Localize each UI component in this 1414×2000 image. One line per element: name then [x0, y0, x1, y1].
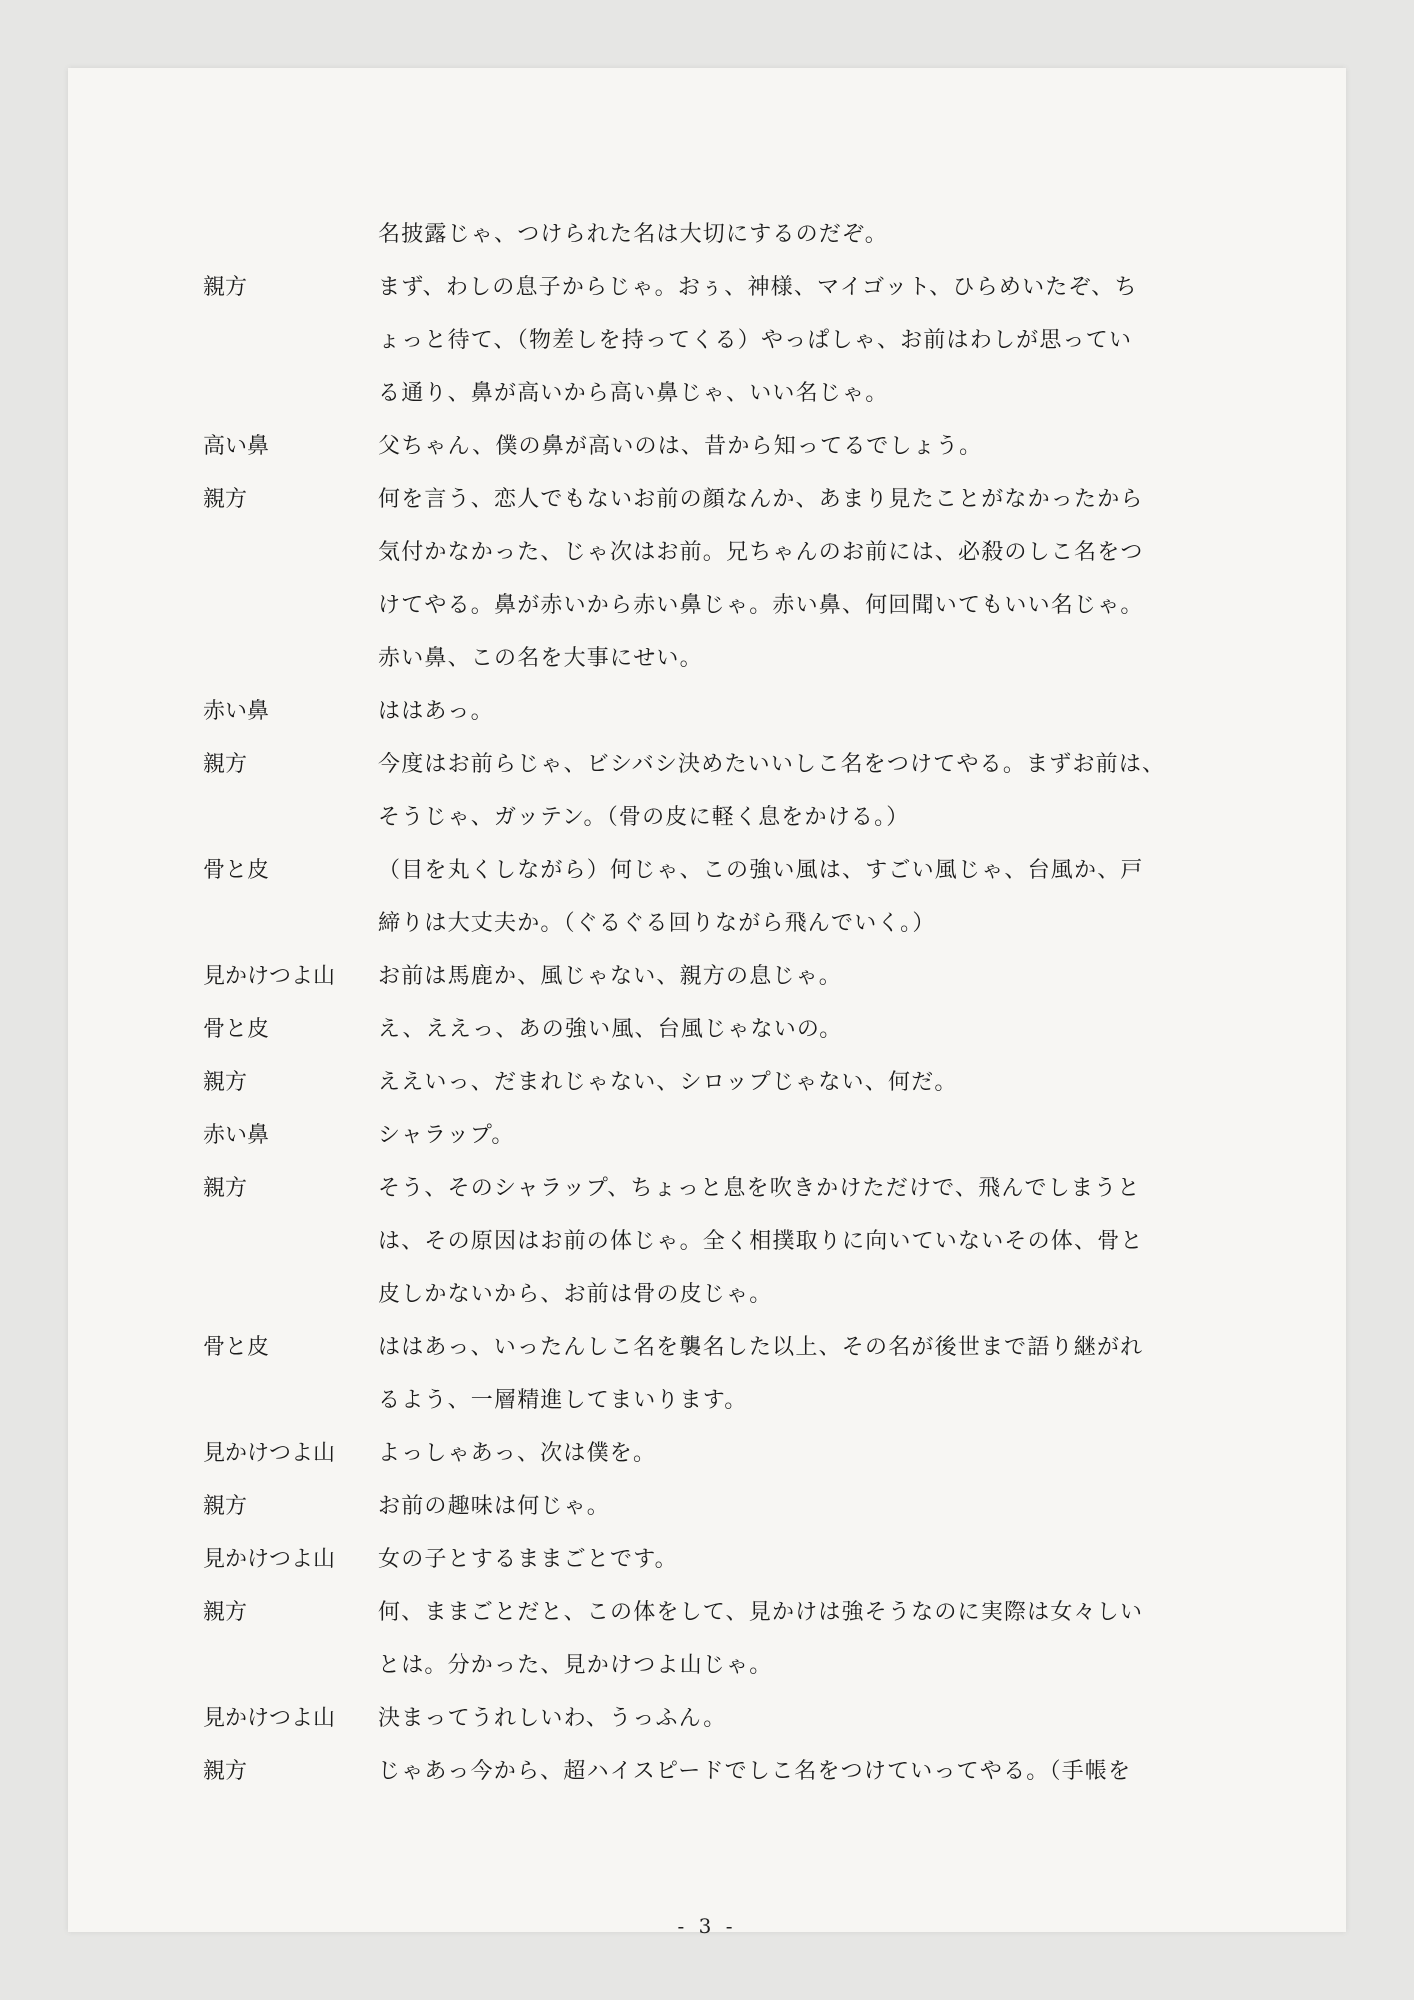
dialogue-entry: 赤い鼻 シャラップ。 [203, 1109, 1283, 1162]
dialogue-line: （目を丸くしながら）何じゃ、この強い風は、すごい風じゃ、台風か、戸 [378, 844, 1208, 897]
dialogue-line: 何、ままごとだと、この体をして、見かけは強そうなのに実際は女々しい [378, 1586, 1208, 1639]
dialogue-entry: 見かけつよ山 女の子とするままごとです。 [203, 1533, 1283, 1586]
dialogue-text: お前は馬鹿か、風じゃない、親方の息じゃ。 [378, 950, 1208, 1003]
dialogue-line: る通り、鼻が高いから高い鼻じゃ、いい名じゃ。 [378, 367, 1208, 420]
speaker-name: 親方 [203, 738, 378, 791]
dialogue-line: 女の子とするままごとです。 [378, 1533, 1208, 1586]
dialogue-text: 決まってうれしいわ、うっふん。 [378, 1692, 1208, 1745]
dialogue-entry: 見かけつよ山 よっしゃあっ、次は僕を。 [203, 1427, 1283, 1480]
dialogue-line: じゃあっ今から、超ハイスピードでしこ名をつけていってやる。（手帳を [378, 1745, 1208, 1798]
dialogue-text: 今度はお前らじゃ、ビシバシ決めたいいしこ名をつけてやる。まずお前は、 そうじゃ、… [378, 738, 1208, 844]
dialogue-line: シャラップ。 [378, 1109, 1208, 1162]
dialogue-line: 決まってうれしいわ、うっふん。 [378, 1692, 1208, 1745]
dialogue-line: 名披露じゃ、つけられた名は大切にするのだぞ。 [378, 208, 1208, 261]
dialogue-text: 女の子とするままごとです。 [378, 1533, 1208, 1586]
speaker-name: 赤い鼻 [203, 685, 378, 738]
dialogue-line: お前は馬鹿か、風じゃない、親方の息じゃ。 [378, 950, 1208, 1003]
dialogue-entry: 親方 お前の趣味は何じゃ。 [203, 1480, 1283, 1533]
speaker-name: 親方 [203, 473, 378, 526]
dialogue-entry: 見かけつよ山 決まってうれしいわ、うっふん。 [203, 1692, 1283, 1745]
dialogue-line: 赤い鼻、この名を大事にせい。 [378, 632, 1208, 685]
dialogue-line: 何を言う、恋人でもないお前の顔なんか、あまり見たことがなかったから [378, 473, 1208, 526]
dialogue-line: 気付かなかった、じゃ次はお前。兄ちゃんのお前には、必殺のしこ名をつ [378, 526, 1208, 579]
dialogue-line: ははあっ。 [378, 685, 1208, 738]
speaker-name: 親方 [203, 1056, 378, 1109]
speaker-name: 骨と皮 [203, 1003, 378, 1056]
dialogue-entry: 名披露じゃ、つけられた名は大切にするのだぞ。 [203, 208, 1283, 261]
speaker-name: 骨と皮 [203, 1321, 378, 1374]
speaker-name: 骨と皮 [203, 844, 378, 897]
dialogue-line: よっしゃあっ、次は僕を。 [378, 1427, 1208, 1480]
speaker-name: 見かけつよ山 [203, 950, 378, 1003]
dialogue-line: 今度はお前らじゃ、ビシバシ決めたいいしこ名をつけてやる。まずお前は、 [378, 738, 1208, 791]
dialogue-line: お前の趣味は何じゃ。 [378, 1480, 1208, 1533]
script-body: 名披露じゃ、つけられた名は大切にするのだぞ。 親方 まず、わしの息子からじゃ。お… [203, 208, 1283, 1798]
dialogue-text: まず、わしの息子からじゃ。おぅ、神様、マイゴット、ひらめいたぞ、ち ょっと待て、… [378, 261, 1208, 420]
dialogue-line: るよう、一層精進してまいります。 [378, 1374, 1208, 1427]
dialogue-text: え、ええっ、あの強い風、台風じゃないの。 [378, 1003, 1208, 1056]
dialogue-text: ええいっ、だまれじゃない、シロップじゃない、何だ。 [378, 1056, 1208, 1109]
dialogue-entry: 高い鼻 父ちゃん、僕の鼻が高いのは、昔から知ってるでしょう。 [203, 420, 1283, 473]
dialogue-entry: 骨と皮 え、ええっ、あの強い風、台風じゃないの。 [203, 1003, 1283, 1056]
dialogue-text: ははあっ、いったんしこ名を襲名した以上、その名が後世まで語り継がれ るよう、一層… [378, 1321, 1208, 1427]
dialogue-entry: 骨と皮 （目を丸くしながら）何じゃ、この強い風は、すごい風じゃ、台風か、戸 締り… [203, 844, 1283, 950]
speaker-name: 見かけつよ山 [203, 1692, 378, 1745]
speaker-name: 親方 [203, 1480, 378, 1533]
dialogue-line: ええいっ、だまれじゃない、シロップじゃない、何だ。 [378, 1056, 1208, 1109]
page-number: - 3 - [68, 1914, 1346, 1938]
dialogue-entry: 親方 今度はお前らじゃ、ビシバシ決めたいいしこ名をつけてやる。まずお前は、 そう… [203, 738, 1283, 844]
speaker-name: 親方 [203, 1586, 378, 1639]
speaker-name: 見かけつよ山 [203, 1427, 378, 1480]
dialogue-entry: 親方 ええいっ、だまれじゃない、シロップじゃない、何だ。 [203, 1056, 1283, 1109]
dialogue-entry: 親方 そう、そのシャラップ、ちょっと息を吹きかけただけで、飛んでしまうと は、そ… [203, 1162, 1283, 1321]
dialogue-text: じゃあっ今から、超ハイスピードでしこ名をつけていってやる。（手帳を [378, 1745, 1208, 1798]
dialogue-line: 父ちゃん、僕の鼻が高いのは、昔から知ってるでしょう。 [378, 420, 1208, 473]
dialogue-text: 名披露じゃ、つけられた名は大切にするのだぞ。 [378, 208, 1208, 261]
dialogue-line: え、ええっ、あの強い風、台風じゃないの。 [378, 1003, 1208, 1056]
dialogue-text: お前の趣味は何じゃ。 [378, 1480, 1208, 1533]
dialogue-line: は、その原因はお前の体じゃ。全く相撲取りに向いていないその体、骨と [378, 1215, 1208, 1268]
dialogue-entry: 骨と皮 ははあっ、いったんしこ名を襲名した以上、その名が後世まで語り継がれ るよ… [203, 1321, 1283, 1427]
dialogue-text: そう、そのシャラップ、ちょっと息を吹きかけただけで、飛んでしまうと は、その原因… [378, 1162, 1208, 1321]
dialogue-line: まず、わしの息子からじゃ。おぅ、神様、マイゴット、ひらめいたぞ、ち [378, 261, 1208, 314]
speaker-name: 親方 [203, 1745, 378, 1798]
speaker-name: 親方 [203, 1162, 378, 1215]
dialogue-entry: 赤い鼻 ははあっ。 [203, 685, 1283, 738]
dialogue-text: 何、ままごとだと、この体をして、見かけは強そうなのに実際は女々しい とは。分かっ… [378, 1586, 1208, 1692]
dialogue-line: 締りは大丈夫か。（ぐるぐる回りながら飛んでいく。） [378, 897, 1208, 950]
speaker-name: 赤い鼻 [203, 1109, 378, 1162]
dialogue-text: 父ちゃん、僕の鼻が高いのは、昔から知ってるでしょう。 [378, 420, 1208, 473]
dialogue-entry: 親方 まず、わしの息子からじゃ。おぅ、神様、マイゴット、ひらめいたぞ、ち ょっと… [203, 261, 1283, 420]
speaker-name: 親方 [203, 261, 378, 314]
dialogue-entry: 親方 じゃあっ今から、超ハイスピードでしこ名をつけていってやる。（手帳を [203, 1745, 1283, 1798]
dialogue-line: そうじゃ、ガッテン。（骨の皮に軽く息をかける。） [378, 791, 1208, 844]
dialogue-line: そう、そのシャラップ、ちょっと息を吹きかけただけで、飛んでしまうと [378, 1162, 1208, 1215]
dialogue-line: とは。分かった、見かけつよ山じゃ。 [378, 1639, 1208, 1692]
speaker-name: 見かけつよ山 [203, 1533, 378, 1586]
dialogue-entry: 親方 何を言う、恋人でもないお前の顔なんか、あまり見たことがなかったから 気付か… [203, 473, 1283, 685]
dialogue-text: ははあっ。 [378, 685, 1208, 738]
dialogue-line: 皮しかないから、お前は骨の皮じゃ。 [378, 1268, 1208, 1321]
dialogue-text: シャラップ。 [378, 1109, 1208, 1162]
dialogue-text: 何を言う、恋人でもないお前の顔なんか、あまり見たことがなかったから 気付かなかっ… [378, 473, 1208, 685]
dialogue-line: けてやる。鼻が赤いから赤い鼻じゃ。赤い鼻、何回聞いてもいい名じゃ。 [378, 579, 1208, 632]
dialogue-text: （目を丸くしながら）何じゃ、この強い風は、すごい風じゃ、台風か、戸 締りは大丈夫… [378, 844, 1208, 950]
dialogue-entry: 見かけつよ山 お前は馬鹿か、風じゃない、親方の息じゃ。 [203, 950, 1283, 1003]
dialogue-entry: 親方 何、ままごとだと、この体をして、見かけは強そうなのに実際は女々しい とは。… [203, 1586, 1283, 1692]
speaker-name: 高い鼻 [203, 420, 378, 473]
document-page: 名披露じゃ、つけられた名は大切にするのだぞ。 親方 まず、わしの息子からじゃ。お… [68, 68, 1346, 1932]
dialogue-line: ょっと待て、（物差しを持ってくる）やっぱしゃ、お前はわしが思ってい [378, 314, 1208, 367]
dialogue-text: よっしゃあっ、次は僕を。 [378, 1427, 1208, 1480]
dialogue-line: ははあっ、いったんしこ名を襲名した以上、その名が後世まで語り継がれ [378, 1321, 1208, 1374]
